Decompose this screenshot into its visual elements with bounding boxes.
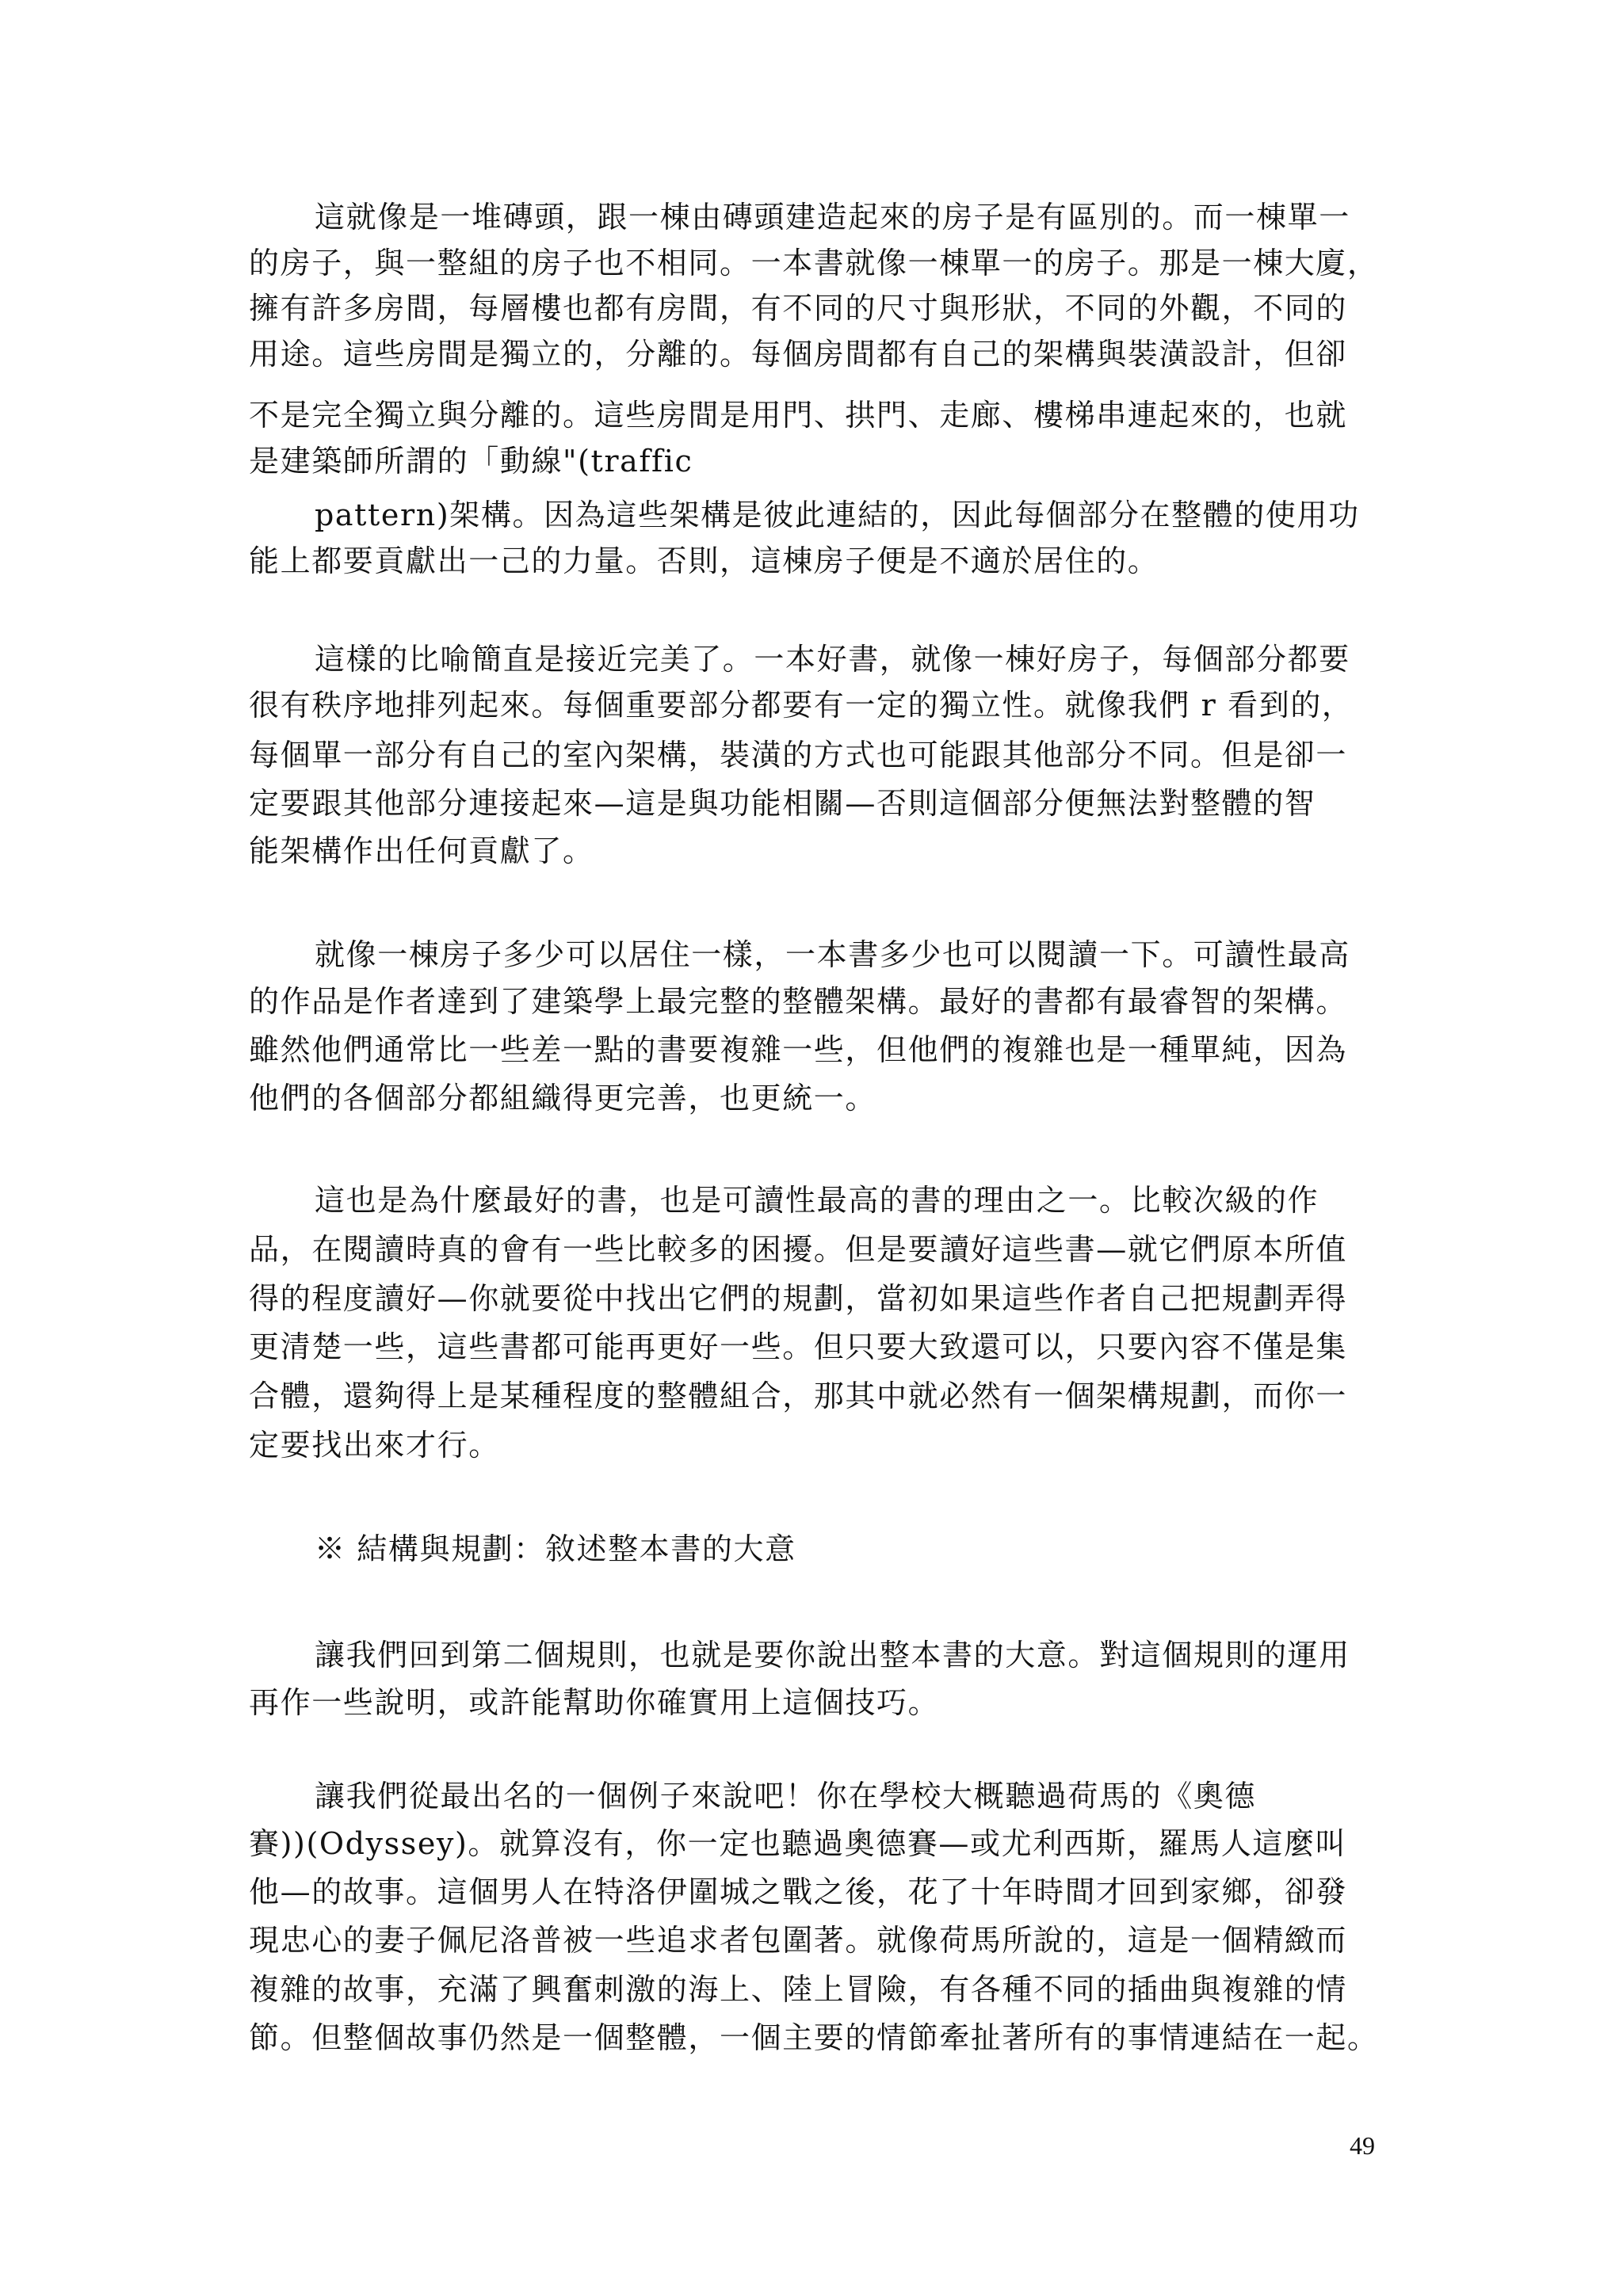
paragraph-3-line-3: 雖然他們通常比一些差一點的書要複雜一些，但他們的複雜也是一種單純，因為 <box>249 1032 1347 1067</box>
paragraph-2-line-2: 很有秩序地排列起來。每個重要部分都要有一定的獨立性。就像我們 r 看到的， <box>249 688 1354 723</box>
paragraph-2-line-1: 這樣的比喻簡直是接近完美了。一本好書，就像一棟好房子，每個部分都要 <box>315 642 1350 677</box>
paragraph-5-line-2: 再作一些說明，或許能幫助你確實用上這個技巧。 <box>249 1685 939 1720</box>
section-heading: ※ 結構與規劃：敘述整本書的大意 <box>315 1531 796 1566</box>
paragraph-4-line-4: 更清楚一些，這些書都可能再更好一些。但只要大致還可以，只要內容不僅是集 <box>249 1329 1347 1364</box>
paragraph-3-line-2: 的作品是作者達到了建築學上最完整的整體架構。最好的書都有最睿智的架構。 <box>249 984 1347 1019</box>
paragraph-1-line-8: 能上都要貢獻出一己的力量。否則，這棟房子便是不適於居住的。 <box>249 543 1159 578</box>
paragraph-2-line-5: 能架構作出任何貢獻了。 <box>249 833 594 868</box>
paragraph-2-line-3: 每個單一部分有自己的室內架構，裝潢的方式也可能跟其他部分不同。但是卻一 <box>249 738 1347 772</box>
paragraph-6-line-3: 他—的故事。這個男人在特洛伊圍城之戰之後，花了十年時間才回到家鄉，卻發 <box>249 1875 1347 1909</box>
paragraph-4-line-2: 品，在閱讀時真的會有一些比較多的困擾。但是要讀好這些書—就它們原本所值 <box>249 1232 1347 1267</box>
paragraph-6-line-5: 複雜的故事，充滿了興奮刺激的海上、陸上冒險，有各種不同的插曲與複雜的情 <box>249 1972 1347 2007</box>
paragraph-1-line-1: 這就像是一堆磚頭，跟一棟由磚頭建造起來的房子是有區別的。而一棟單一 <box>315 200 1350 235</box>
paragraph-6-line-4: 現忠心的妻子佩尼洛普被一些追求者包圍著。就像荷馬所說的，這是一個精緻而 <box>249 1923 1347 1958</box>
paragraph-4-line-6: 定要找出來才行。 <box>249 1428 500 1463</box>
paragraph-3-line-4: 他們的各個部分都組織得更完善，也更統一。 <box>249 1081 876 1116</box>
paragraph-1-line-7: pattern)架構。因為這些架構是彼此連結的，因此每個部分在整體的使用功 <box>315 498 1360 532</box>
paragraph-1-line-2: 的房子，與一整組的房子也不相同。一本書就像一棟單一的房子。那是一棟大廈， <box>249 246 1379 280</box>
paragraph-4-line-1: 這也是為什麼最好的書，也是可讀性最高的書的理由之一。比較次級的作 <box>315 1183 1319 1218</box>
paragraph-1-line-3: 擁有許多房間，每層樓也都有房間，有不同的尺寸與形狀，不同的外觀，不同的 <box>249 291 1347 326</box>
paragraph-2-line-4: 定要跟其他部分連接起來—這是與功能相關—否則這個部分便無法對整體的智 <box>249 786 1316 821</box>
paragraph-1-line-4: 用途。這些房間是獨立的，分離的。每個房間都有自己的架構與裝潢設計，但卻 <box>249 337 1347 372</box>
paragraph-4-line-5: 合體，還夠得上是某種程度的整體組合，那其中就必然有一個架構規劃，而你一 <box>249 1379 1347 1413</box>
paragraph-6-line-6: 節。但整個故事仍然是一個整體，一個主要的情節牽扯著所有的事情連結在一起。 <box>249 2020 1379 2055</box>
page-number: 49 <box>1350 2131 1375 2160</box>
paragraph-5-line-1: 讓我們回到第二個規則，也就是要你說出整本書的大意。對這個規則的運用 <box>315 1638 1350 1672</box>
document-page: 這就像是一堆磚頭，跟一棟由磚頭建造起來的房子是有區別的。而一棟單一 的房子，與一… <box>0 0 1623 2296</box>
paragraph-6-line-2: 賽))(Odyssey)。就算沒有，你一定也聽過奧德賽—或尤利西斯，羅馬人這麼叫 <box>249 1826 1346 1861</box>
paragraph-1-line-5: 不是完全獨立與分離的。這些房間是用門、拱門、走廊、樓梯串連起來的，也就 <box>249 398 1347 433</box>
paragraph-6-line-1: 讓我們從最出名的一個例子來說吧！你在學校大概聽過荷馬的《奧德 <box>315 1779 1256 1814</box>
paragraph-3-line-1: 就像一棟房子多少可以居住一樣，一本書多少也可以閱讀一下。可讀性最高 <box>315 937 1350 972</box>
paragraph-1-line-6: 是建築師所謂的「動線"(traffic <box>249 444 693 479</box>
paragraph-4-line-3: 得的程度讀好—你就要從中找出它們的規劃，當初如果這些作者自己把規劃弄得 <box>249 1281 1347 1316</box>
